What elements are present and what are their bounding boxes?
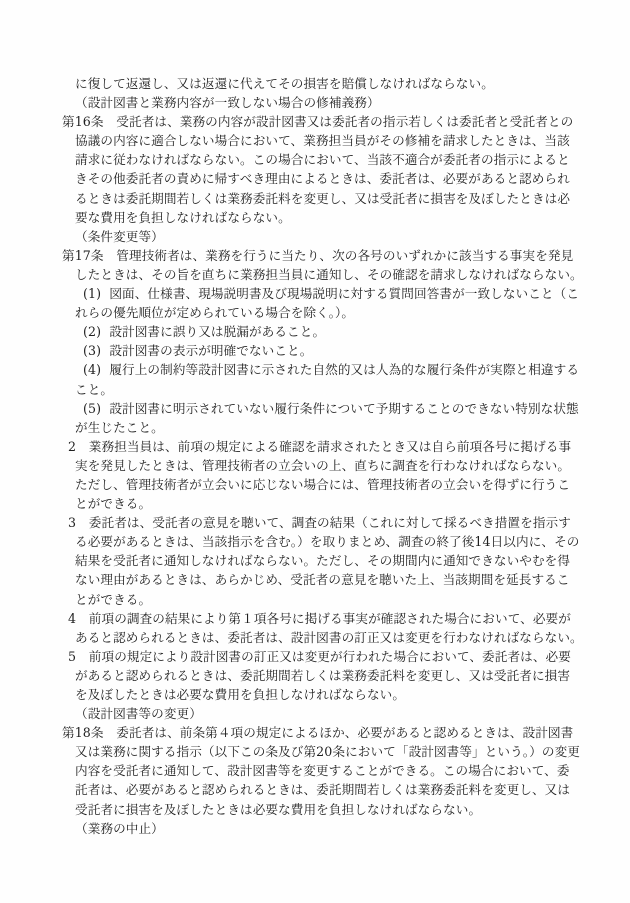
text-line: とができる。 — [0, 590, 630, 609]
document-page: に復して返還し、又は返還に代えてその損害を賠償しなければならない。（設計図書と業… — [0, 0, 630, 903]
text-line: 内容を受託者に通知して、設計図書等を変更することができる。この場合において、委 — [0, 761, 630, 780]
text-line: に復して返還し、又は返還に代えてその損害を賠償しなければならない。 — [0, 74, 630, 93]
text-line: 第16条 受託者は、業務の内容が設計図書又は委託者の指示若しくは委託者と受託者と… — [0, 112, 630, 131]
text-line: 第18条 委託者は、前条第４項の規定によるほか、必要があると認めるときは、設計図… — [0, 723, 630, 742]
text-line: 実を発見したときは、管理技術者の立会いの上、直ちに調査を行わなければならない。 — [0, 456, 630, 475]
text-line: 協議の内容に適合しない場合において、業務担当員がその修補を請求したときは、当該 — [0, 131, 630, 150]
text-line: こと。 — [0, 380, 630, 399]
text-line: 4 前項の調査の結果により第１項各号に掲げる事実が確認された場合において、必要が — [0, 609, 630, 628]
text-line: があると認められるときは、委託期間若しくは業務委託料を変更し、又は受託者に損害 — [0, 666, 630, 685]
text-line: が生じたこと。 — [0, 418, 630, 437]
text-line: 第17条 管理技術者は、業務を行うに当たり、次の各号のいずれかに該当する事実を発… — [0, 246, 630, 265]
text-line: (4) 履行上の制約等設計図書に示された自然的又は人為的な履行条件が実際と相違す… — [0, 360, 630, 379]
text-line: (2) 設計図書に誤り又は脱漏があること。 — [0, 322, 630, 341]
text-line: （業務の中止） — [0, 819, 630, 838]
text-line: 託者は、必要があると認められるときは、委託期間若しくは業務委託料を変更し、又は — [0, 780, 630, 799]
text-line: 請求に従わなければならない。この場合において、当該不適合が委託者の指示によると — [0, 150, 630, 169]
text-line: 2 業務担当員は、前項の規定による確認を請求されたとき又は自ら前項各号に掲げる事 — [0, 437, 630, 456]
text-line: (1) 図面、仕様書、現場説明書及び現場説明に対する質問回答書が一致しないこと（… — [0, 284, 630, 303]
text-line: (3) 設計図書の表示が明確でないこと。 — [0, 341, 630, 360]
text-line: れらの優先順位が定められている場合を除く。）。 — [0, 303, 630, 322]
text-line: ない理由があるときは、あらかじめ、受託者の意見を聴いた上、当該期間を延長するこ — [0, 570, 630, 589]
document-text-block: に復して返還し、又は返還に代えてその損害を賠償しなければならない。（設計図書と業… — [0, 74, 630, 838]
text-line: （設計図書と業務内容が一致しない場合の修補義務） — [0, 93, 630, 112]
text-line: (5) 設計図書に明示されていない履行条件について予期することのできない特別な状… — [0, 399, 630, 418]
text-line: あると認められるときは、委託者は、設計図書の訂正又は変更を行わなければならない。 — [0, 628, 630, 647]
text-line: 5 前項の規定により設計図書の訂正又は変更が行われた場合において、委託者は、必要 — [0, 647, 630, 666]
text-line: 受託者に損害を及ぼしたときは必要な費用を負担しなければならない。 — [0, 800, 630, 819]
text-line: 要な費用を負担しなければならない。 — [0, 208, 630, 227]
text-line: を及ぼしたときは必要な費用を負担しなければならない。 — [0, 685, 630, 704]
text-line: ただし、管理技術者が立会いに応じない場合には、管理技術者の立会いを得ずに行うこ — [0, 475, 630, 494]
text-line: るときは委託期間若しくは業務委託料を変更し、又は受託者に損害を及ぼしたときは必 — [0, 189, 630, 208]
text-line: きその他委託者の責めに帰すべき理由によるときは、委託者は、必要があると認められ — [0, 169, 630, 188]
text-line: 3 委託者は、受託者の意見を聴いて、調査の結果（これに対して採るべき措置を指示す — [0, 513, 630, 532]
text-line: とができる。 — [0, 494, 630, 513]
text-line: （設計図書等の変更） — [0, 704, 630, 723]
text-line: る必要があるときは、当該指示を含む。）を取りまとめ、調査の終了後14日以内に、そ… — [0, 532, 630, 551]
text-line: （条件変更等） — [0, 227, 630, 246]
text-line: したときは、その旨を直ちに業務担当員に通知し、その確認を請求しなければならない。 — [0, 265, 630, 284]
text-line: 結果を受託者に通知しなければならない。ただし、その期間内に通知できないやむを得 — [0, 551, 630, 570]
text-line: 又は業務に関する指示（以下この条及び第20条において「設計図書等」という。）の変… — [0, 742, 630, 761]
